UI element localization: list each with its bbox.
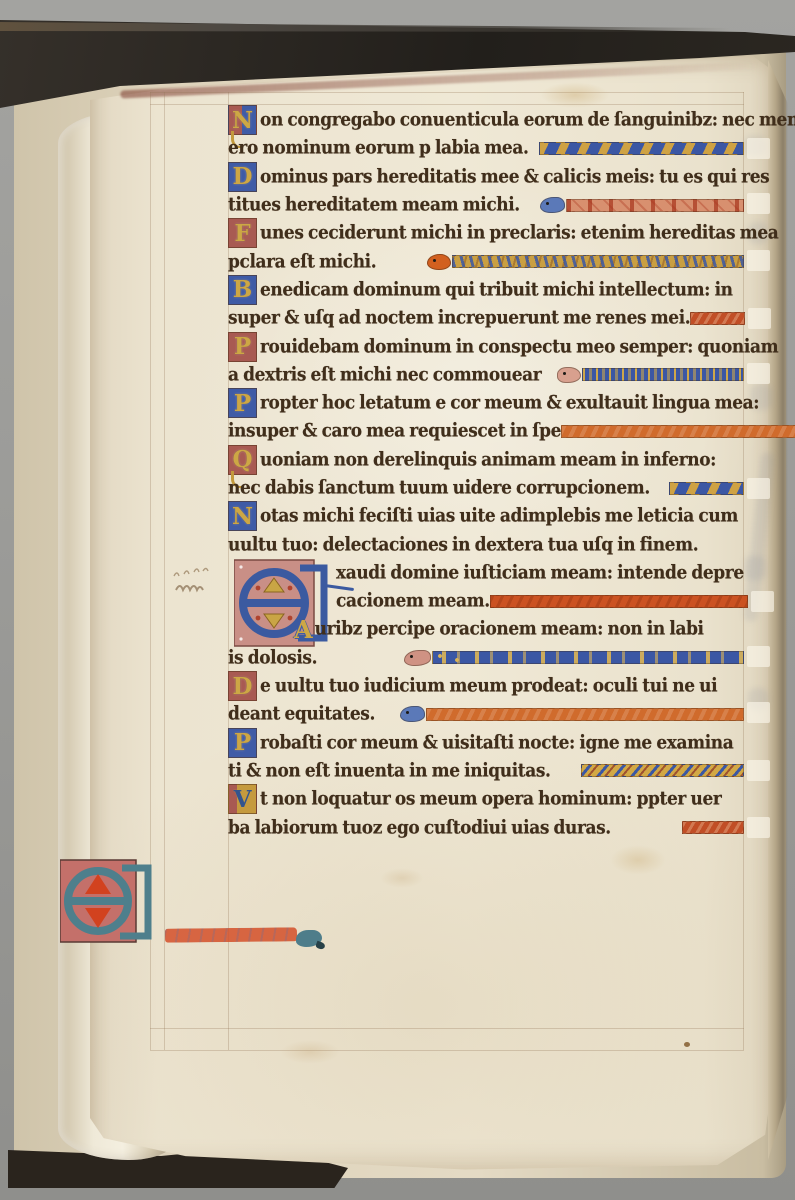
filler-bar [561, 425, 795, 438]
latin-text: robaſti cor meum & uisitaſti nocte: igne… [260, 732, 733, 753]
filler-bar [682, 821, 744, 834]
latin-text: enedicam dominum qui tribuit michi intel… [260, 279, 733, 300]
latin-text: uultu tuo: delectaciones in dextera tua … [228, 534, 698, 555]
manuscript-line: Quoniam non derelinquis animam meam in i… [228, 446, 744, 474]
margin-patch [747, 193, 770, 214]
verse-initial-N: N [228, 501, 257, 531]
latin-text: ropter hoc letatum e cor meum & exultaui… [260, 392, 759, 413]
manuscript-line: Notas michi feciſti uias uite adimplebis… [228, 502, 744, 530]
manuscript-line: xaudi domine iuſticiam meam: intende dep… [228, 559, 744, 587]
text-block: Non congregabo conuenticula eorum de ſan… [228, 106, 744, 842]
line-filler [490, 595, 748, 608]
verse-initial-Q: Q [228, 445, 257, 475]
latin-text: titues hereditatem meam michi. [228, 194, 520, 215]
latin-text: ti & non eſt inuenta in me iniquitas. [228, 760, 551, 781]
latin-text: is dolosis. [228, 647, 317, 668]
latin-text: nec dabis ſanctum tuum uidere corrupcion… [228, 477, 650, 498]
margin-patch [747, 363, 770, 384]
manuscript-line: deant equitates. [228, 700, 744, 728]
margin-patch [747, 760, 770, 781]
manuscript-line: De uultu tuo iudicium meum prodeat: ocul… [228, 672, 744, 700]
manuscript-line: ero nominum eorum p labia mea. [228, 134, 744, 162]
manuscript-line: is dolosis. [228, 644, 744, 672]
eagle-head-icon [404, 650, 431, 666]
verse-initial-P: P [228, 388, 257, 418]
manuscript-line: Prouidebam dominum in conspectu meo semp… [228, 332, 744, 360]
ruling-line [150, 92, 744, 93]
manuscript-line: a dextris eſt michi nec commouear [228, 361, 744, 389]
margin-patch [748, 308, 771, 329]
margin-patch [747, 817, 770, 838]
line-filler [690, 312, 745, 325]
margin-scribble [170, 564, 222, 604]
margin-patch [751, 591, 774, 612]
latin-text: otas michi feciſti uias uite adimplebis … [260, 506, 738, 527]
unfinished-initial-E [60, 856, 156, 948]
ruling-line [150, 1028, 744, 1029]
manuscript-line: titues hereditatem meam michi. [228, 191, 744, 219]
filler-bar [690, 312, 745, 325]
line-filler [561, 425, 795, 438]
verse-initial-N: N [228, 105, 257, 135]
manuscript-line: Non congregabo conuenticula eorum de ſan… [228, 106, 744, 134]
verse-initial-P: P [228, 332, 257, 362]
hand-head-icon [557, 367, 581, 383]
ruling-line [150, 1050, 744, 1051]
filler-bar [539, 142, 744, 155]
line-filler [669, 482, 744, 495]
sketched-bird-head [296, 930, 322, 947]
latin-text: unes ceciderunt michi in preclaris: eten… [260, 223, 778, 244]
latin-text: xaudi domine iuſticiam meam: intende dep… [336, 562, 744, 583]
manuscript-line: ti & non eſt inuenta in me iniquitas. [228, 757, 744, 785]
line-filler [682, 821, 744, 834]
filler-bar [432, 651, 744, 664]
verse-initial-P: P [228, 728, 257, 758]
filler-bar [582, 368, 744, 381]
manuscript-line: Dominus pars hereditatis mee & calicis m… [228, 163, 744, 191]
manuscript-line: Vt non loquatur os meum opera hominum: p… [228, 785, 744, 813]
manuscript-line: uultu tuo: delectaciones in dextera tua … [228, 530, 744, 558]
filler-bar [452, 255, 744, 268]
filler-bar [581, 764, 744, 777]
latin-text: cacionem meam. [336, 590, 490, 611]
filler-bar [669, 482, 744, 495]
line-filler [404, 650, 744, 666]
manuscript-line: Auribz percipe oracionem meam: non in la… [228, 615, 744, 643]
latin-text: insuper & caro mea requiescet in ſpe [228, 421, 561, 442]
margin-patch [747, 478, 770, 499]
filler-bar [566, 199, 744, 212]
latin-text: a dextris eſt michi nec commouear [228, 364, 541, 385]
latin-text: ba labiorum tuoz ego cuſtodiui uias dura… [228, 817, 611, 838]
sketched-line-filler [165, 927, 297, 942]
manuscript-line: super & uſq ad noctem increpuerunt me re… [228, 304, 744, 332]
manuscript-line: pclara eſt michi. [228, 247, 744, 275]
line-filler [427, 254, 744, 270]
latin-text: rouidebam dominum in conspectu meo sempe… [260, 336, 778, 357]
verse-initial-B: B [228, 275, 257, 305]
verse-initial-V: V [228, 784, 257, 814]
beast-blue-head-icon [400, 706, 425, 722]
latin-text: ominus pars hereditatis mee & calicis me… [260, 166, 769, 187]
manuscript-line: cacionem meam. [228, 587, 744, 615]
beast-blue-head-icon [540, 197, 565, 213]
verse-initial-A: A [294, 615, 313, 644]
manuscript-line: Benedicam dominum qui tribuit michi inte… [228, 276, 744, 304]
latin-text: e uultu tuo iudicium meum prodeat: oculi… [260, 675, 717, 696]
line-filler [539, 142, 744, 155]
margin-patch [747, 250, 770, 271]
verse-initial-D: D [228, 671, 257, 701]
manuscript-photo: Non congregabo conuenticula eorum de ſan… [0, 0, 795, 1200]
manuscript-line: ba labiorum tuoz ego cuſtodiui uias dura… [228, 813, 744, 841]
margin-patch [747, 138, 770, 159]
latin-text: on congregabo conuenticula eorum de ſang… [260, 109, 795, 130]
manuscript-line: Probaſti cor meum & uisitaſti nocte: ign… [228, 729, 744, 757]
filler-bar [490, 595, 748, 608]
filler-bar [426, 708, 744, 721]
line-filler [540, 197, 744, 213]
verse-initial-D: D [228, 162, 257, 192]
show-through-mark [744, 556, 766, 580]
latin-text: ero nominum eorum p labia mea. [228, 138, 528, 159]
manuscript-line: Funes ceciderunt michi in preclaris: ete… [228, 219, 744, 247]
beast-orange-head-icon [427, 254, 451, 270]
line-filler [581, 764, 744, 777]
verse-initial-F: F [228, 218, 257, 248]
line-filler [557, 367, 744, 383]
manuscript-line: insuper & caro mea requiescet in ſpe [228, 417, 744, 445]
latin-text: pclara eſt michi. [228, 251, 376, 272]
margin-patch [747, 646, 770, 667]
line-filler [400, 706, 744, 722]
latin-text: uribz percipe oracionem meam: non in lab… [315, 619, 704, 640]
ink-speck [684, 1042, 690, 1047]
ruling-line [164, 92, 165, 1050]
latin-text: super & uſq ad noctem increpuerunt me re… [228, 308, 690, 329]
margin-patch [747, 702, 770, 723]
manuscript-line: Propter hoc letatum e cor meum & exultau… [228, 389, 744, 417]
latin-text: t non loquatur os meum opera hominum: pp… [260, 789, 721, 810]
latin-text: uoniam non derelinquis animam meam in in… [260, 449, 716, 470]
latin-text: deant equitates. [228, 704, 375, 725]
manuscript-line: nec dabis ſanctum tuum uidere corrupcion… [228, 474, 744, 502]
